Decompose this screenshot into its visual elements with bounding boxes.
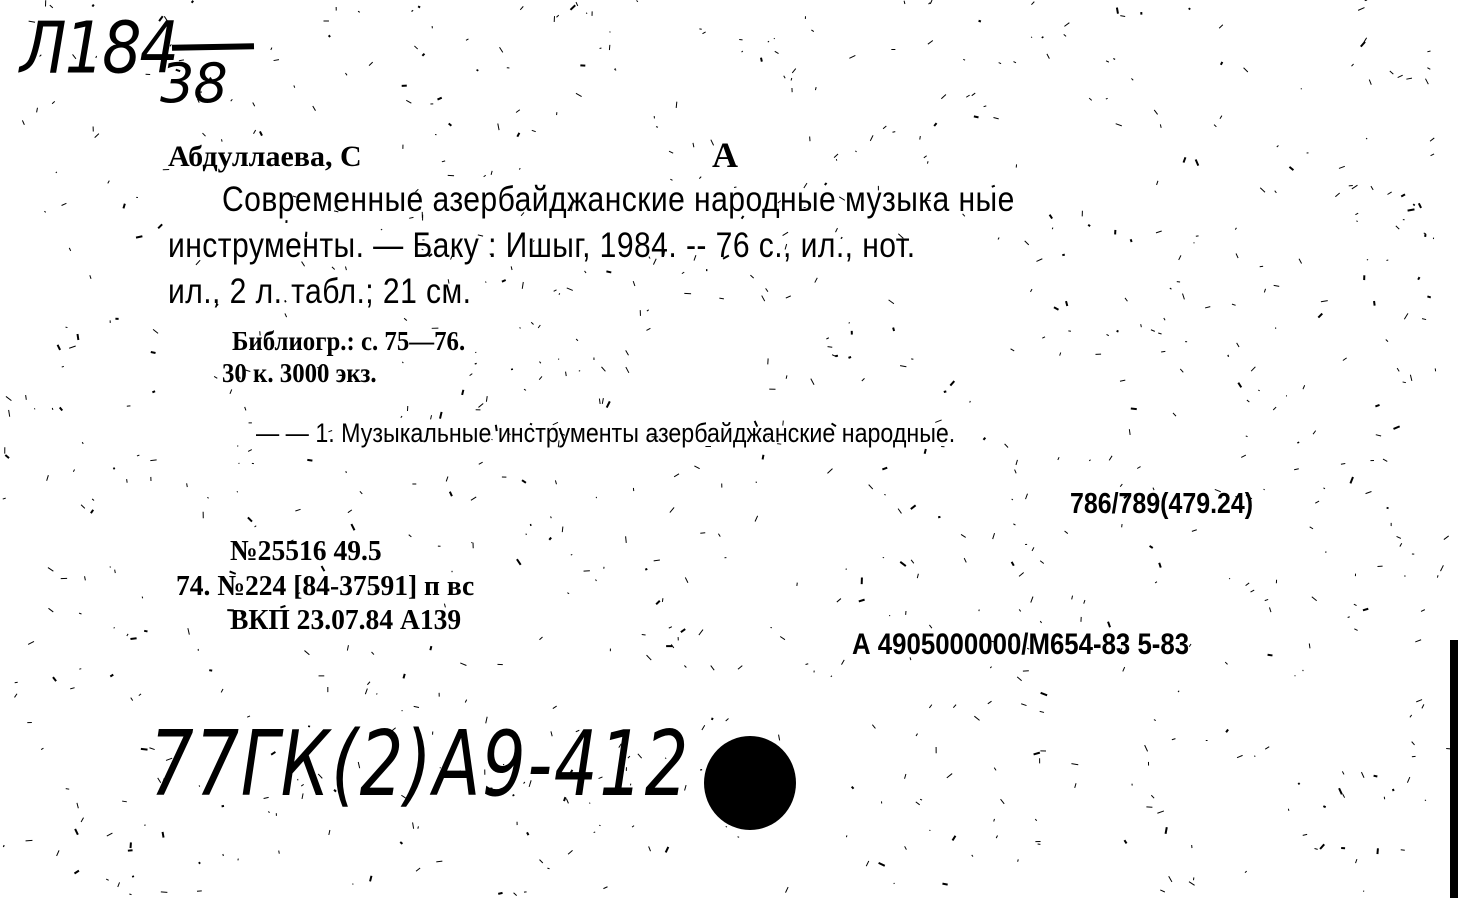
print-info-line-1: №25516 49.5 — [230, 535, 382, 568]
title-line-3: ил., 2 л. табл.; 21 см. — [168, 272, 471, 312]
shelf-mark-sub: 38 — [160, 52, 227, 115]
publisher-code: А 4905000000/М654-83 5-83 — [852, 628, 1189, 662]
catalog-card: Л184 38 Абдуллаева, С А Современные азер… — [0, 0, 1458, 898]
title-line-2: инструменты. — Баку : Ишыг, 1984. -- 76 … — [168, 226, 915, 266]
inventory-number-handwritten: 77ГК(2)А9-412 — [150, 712, 690, 817]
subject-heading: — — 1. Музыкальные инструменты азербайдж… — [256, 418, 955, 449]
bibliography-note: Библиогр.: с. 75—76. — [232, 326, 465, 357]
price-and-print-run: 30 к. 3000 экз. — [222, 358, 377, 389]
print-info-line-2: 74. №224 [84-37591] п вс — [176, 570, 474, 603]
author-index-letter: А — [712, 134, 738, 176]
author-heading: Абдуллаева, С — [168, 140, 362, 174]
print-info-line-3: ВКП 23.07.84 А139 — [230, 604, 461, 637]
shelf-mark-main: Л184 — [20, 6, 177, 90]
title-line-1: Современные азербайджанские народные муз… — [222, 180, 1015, 220]
udc-classification: 786/789(479.24) — [1070, 488, 1253, 521]
card-edge — [1450, 640, 1458, 898]
punch-hole — [704, 736, 796, 830]
